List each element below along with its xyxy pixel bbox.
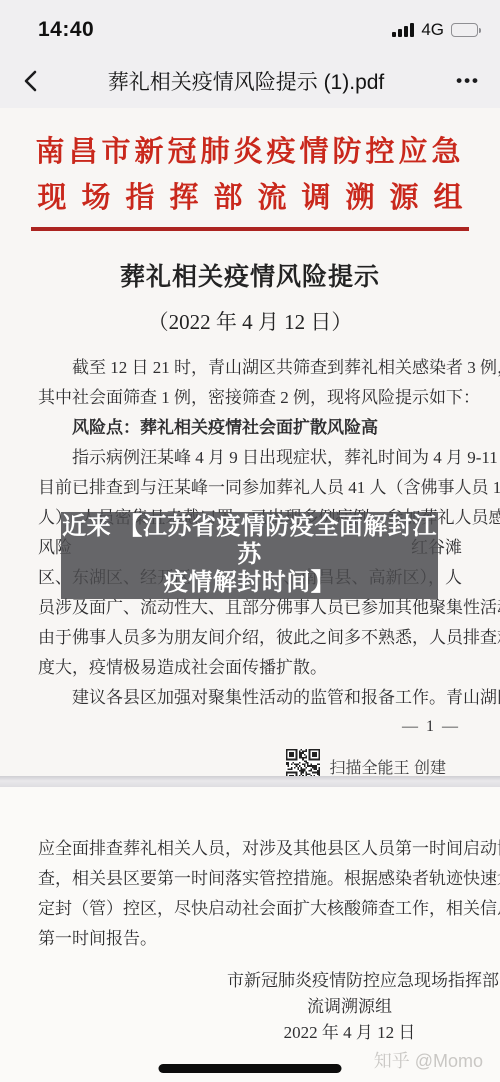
- chevron-left-icon: [20, 69, 42, 93]
- risk-point-heading: 风险点：葬礼相关疫情社会面扩散风险高: [38, 413, 462, 443]
- status-bar: 14:40 4G: [0, 0, 500, 54]
- more-options-button[interactable]: •••: [446, 71, 480, 91]
- signature-org-line: 市新冠肺炎疫情防控应急现场指挥部: [227, 968, 472, 994]
- signal-strength-icon: [392, 23, 414, 37]
- signature-block: 市新冠肺炎疫情防控应急现场指挥部 流调溯源组 2022 年 4 月 12 日: [227, 968, 472, 1046]
- body-line: 应全面排查葬礼相关人员，对涉及其他县区人员第一时间启动协: [38, 834, 462, 864]
- phone-screen: 14:40 4G 葬礼相关疫情风险提示 (1).pdf ••• 南昌市新冠肺炎疫…: [0, 0, 500, 1082]
- signature-group-line: 流调溯源组: [227, 994, 472, 1020]
- watermark-line-2: 疫情解封时间】: [61, 569, 438, 597]
- body-line: 指示病例汪某峰 4 月 9 日出现症状，葬礼时间为 4 月 9-11 日，: [38, 443, 462, 473]
- qr-code-icon: [286, 749, 320, 776]
- pdf-page-2[interactable]: 应全面排查葬礼相关人员，对涉及其他县区人员第一时间启动协 查，相关县区要第一时间…: [0, 787, 500, 1082]
- signature-date-line: 2022 年 4 月 12 日: [227, 1020, 472, 1046]
- notice-title: 葬礼相关疫情风险提示: [0, 257, 500, 293]
- body-line: 其中社会面筛查 1 例，密接筛查 2 例，现将风险提示如下：: [38, 383, 462, 413]
- body-line: 截至 12 日 21 时，青山湖区共筛查到葬礼相关感染者 3 例，: [38, 353, 462, 383]
- pdf-page-1[interactable]: 南昌市新冠肺炎疫情防控应急 现场指挥部流调溯源组 葬礼相关疫情风险提示 （202…: [0, 108, 500, 776]
- red-letterhead: 南昌市新冠肺炎疫情防控应急 现场指挥部流调溯源组: [0, 108, 500, 216]
- letterhead-rule: [31, 227, 469, 231]
- body-line: 度大，疫情极易造成社会面传播扩散。: [38, 653, 462, 683]
- nav-bar: 葬礼相关疫情风险提示 (1).pdf •••: [0, 54, 500, 108]
- notice-date: （2022 年 4 月 12 日）: [0, 306, 500, 336]
- letterhead-line-1: 南昌市新冠肺炎疫情防控应急: [0, 129, 500, 170]
- page-divider: [0, 776, 500, 787]
- document-title: 葬礼相关疫情风险提示 (1).pdf: [46, 66, 446, 96]
- clock: 14:40: [38, 18, 94, 42]
- notice-body-page2: 应全面排查葬礼相关人员，对涉及其他县区人员第一时间启动协 查，相关县区要第一时间…: [0, 834, 500, 954]
- battery-icon: [451, 23, 478, 37]
- body-line: 由于佛事人员多为朋友间介绍，彼此之间多不熟悉，人员排查难: [38, 623, 462, 653]
- zhihu-watermark: 知乎 @Momo: [374, 1047, 483, 1073]
- body-line: 目前已排查到与汪某峰一同参加葬礼人员 41 人（含佛事人员 18: [38, 473, 462, 503]
- body-line: 建议各县区加强对聚集性活动的监管和报备工作。青山湖区: [38, 683, 462, 713]
- letterhead-line-2: 现场指挥部流调溯源组: [0, 175, 500, 216]
- body-line: 第一时间报告。: [38, 924, 462, 954]
- back-button[interactable]: [20, 68, 46, 94]
- network-type-label: 4G: [421, 20, 444, 40]
- qr-caption: 扫描全能王 创建: [330, 755, 446, 777]
- page-number: — 1 —: [0, 718, 500, 736]
- watermark-line-1: 近来 【江苏省疫情防疫全面解封江苏: [61, 513, 438, 569]
- scanner-credit-row: 扫描全能王 创建: [0, 749, 500, 776]
- body-line: 查，相关县区要第一时间落实管控措施。根据感染者轨迹快速划: [38, 864, 462, 894]
- home-indicator[interactable]: [159, 1064, 342, 1073]
- video-caption-watermark: 近来 【江苏省疫情防疫全面解封江苏 疫情解封时间】: [61, 512, 438, 599]
- body-line: 定封（管）控区，尽快启动社会面扩大核酸筛查工作，相关信息: [38, 894, 462, 924]
